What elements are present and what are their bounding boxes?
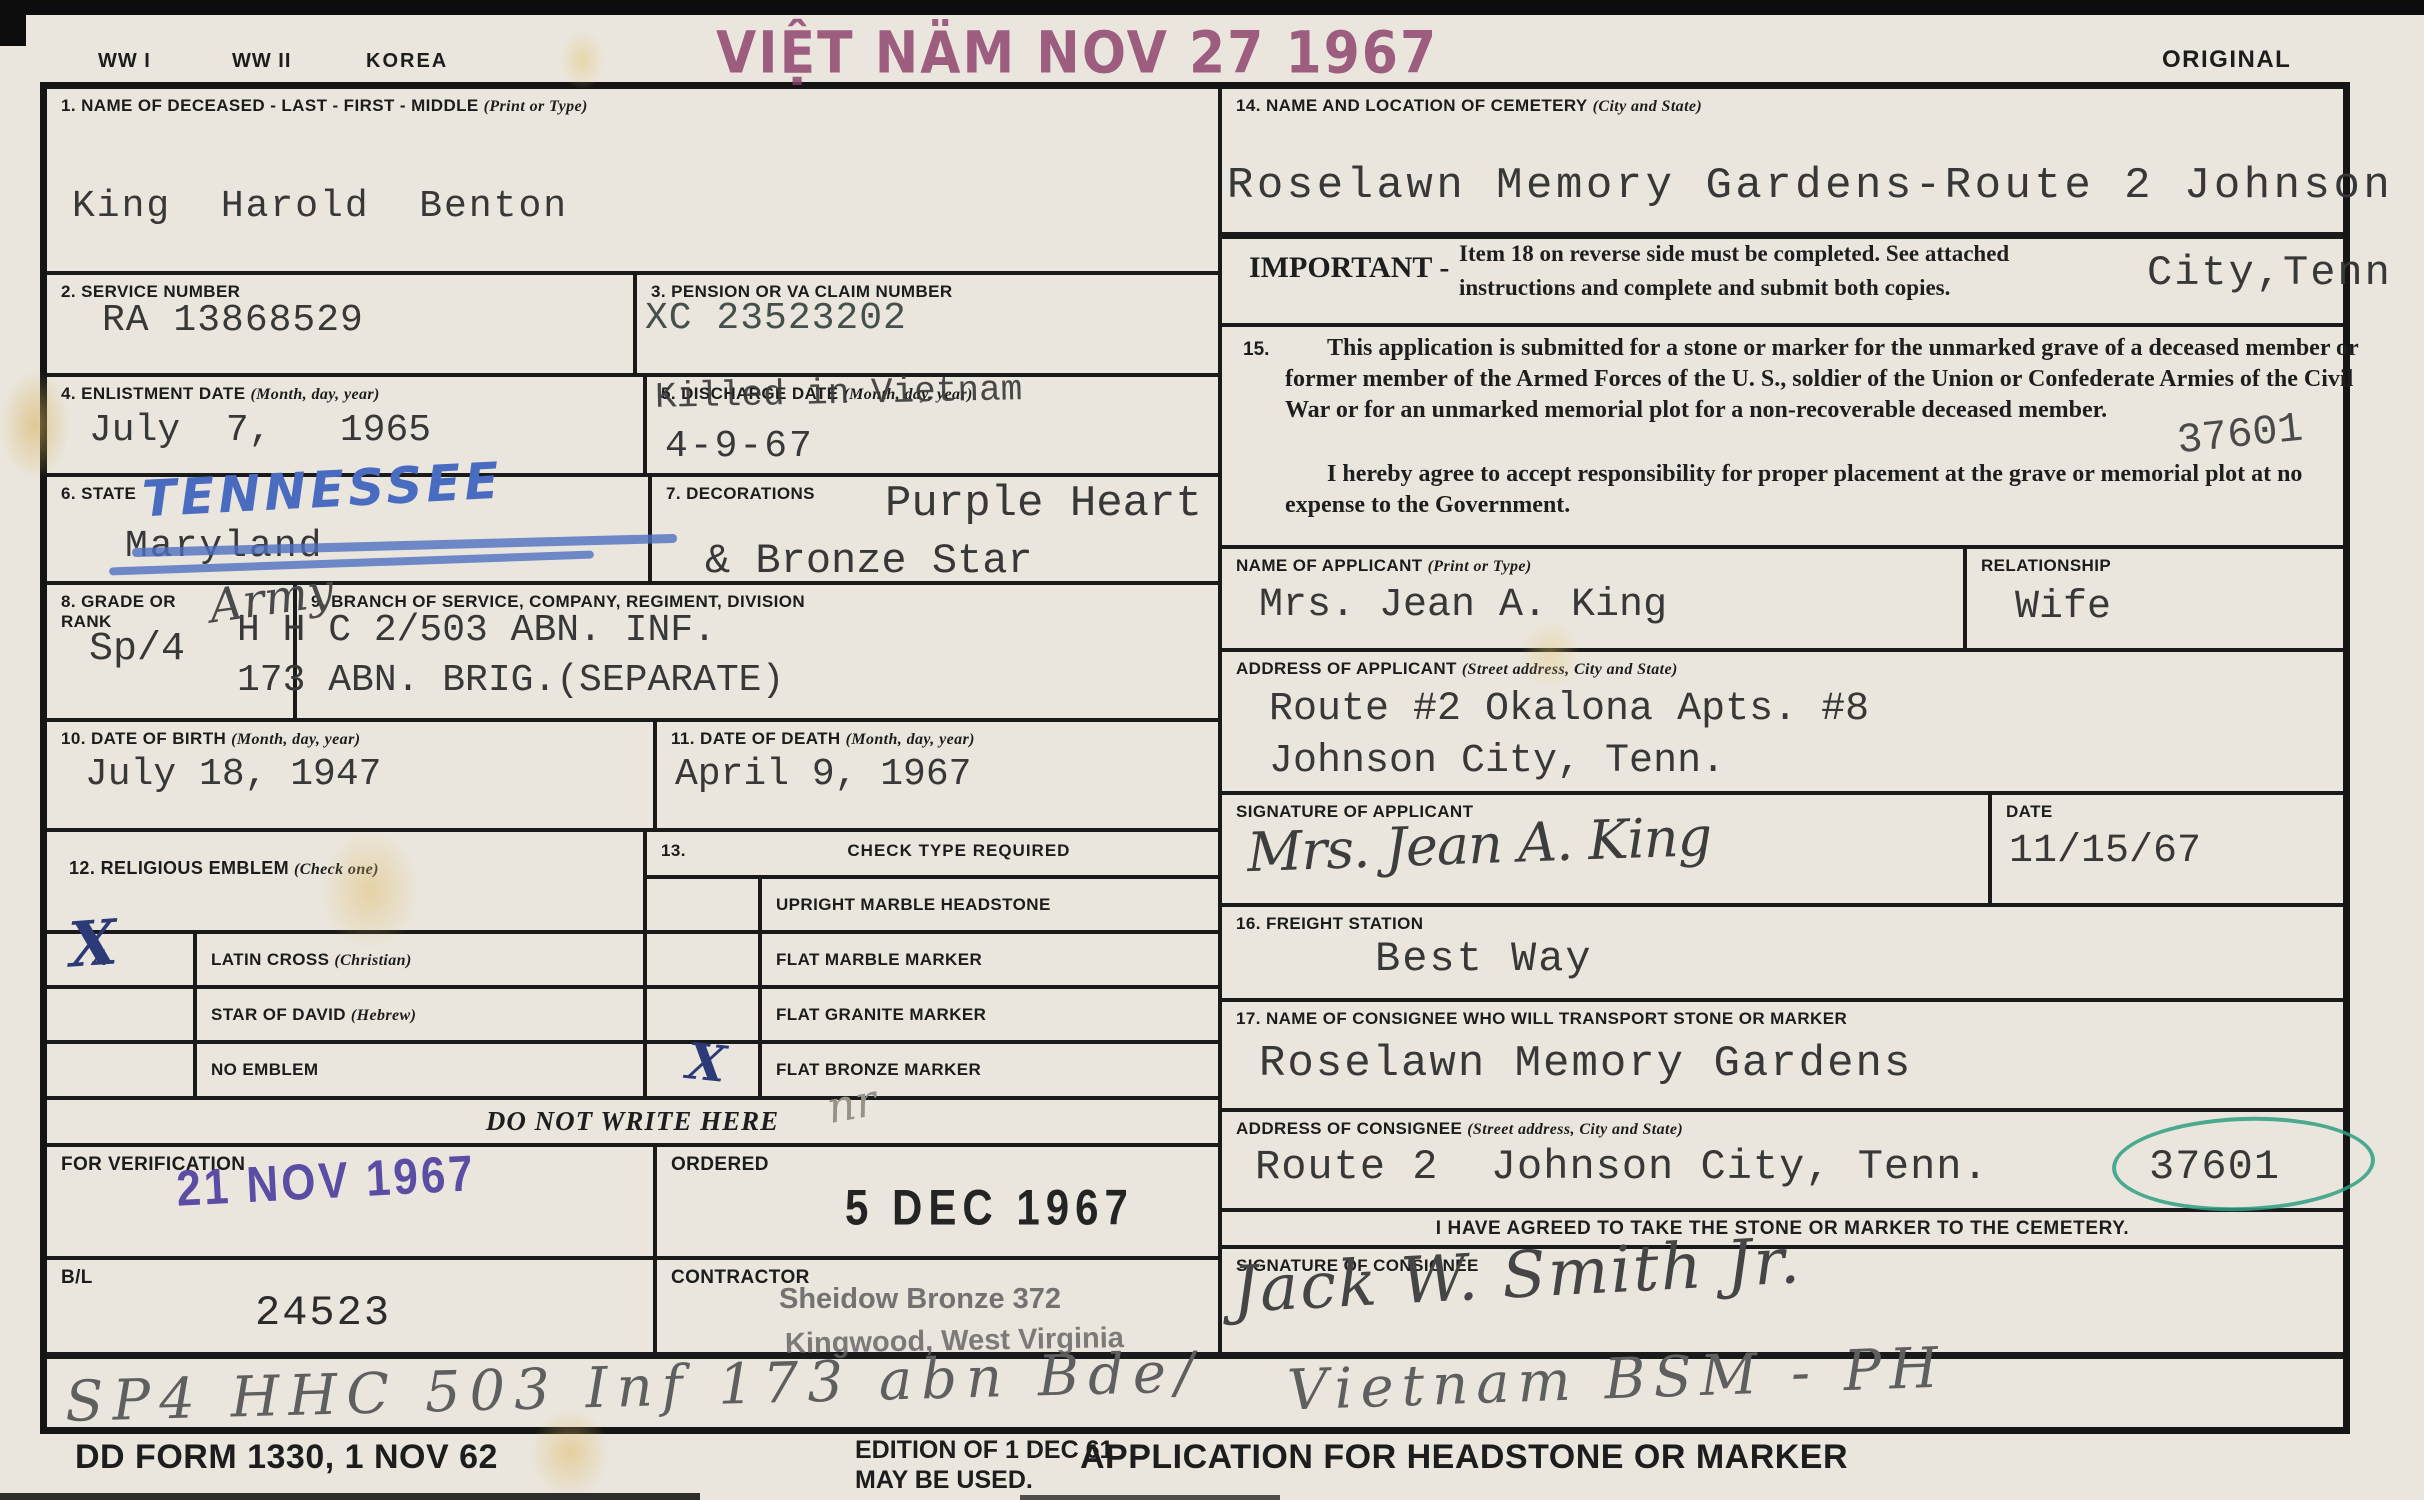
field-date-of-death-label: 11. DATE OF DEATH(Month, day, year)	[657, 722, 1218, 749]
scan-edge-top	[0, 0, 2424, 15]
option-flat-granite-label: FLAT GRANITE MARKER	[762, 989, 1218, 1025]
paper-stain	[560, 30, 605, 90]
field-date-label: DATE	[1992, 795, 2343, 822]
field-applicant-name-label: NAME OF APPLICANT(Print or Type)	[1222, 549, 1963, 576]
field-consignee-name-label: 17. NAME OF CONSIGNEE WHO WILL TRANSPORT…	[1222, 1002, 2343, 1029]
field-date-of-birth-label: 10. DATE OF BIRTH(Month, day, year)	[47, 722, 653, 749]
option-flat-granite: FLAT GRANITE MARKER	[762, 989, 1222, 1044]
applicant-address-line2: Johnson City, Tenn.	[1269, 739, 1725, 784]
cemetery-value: Roselawn Memory Gardens-Route 2 Johnson	[1227, 161, 2393, 211]
form-body: 1. NAME OF DECEASED - LAST - FIRST - MID…	[40, 82, 2350, 1434]
scan-edge-bottom-mid	[1020, 1495, 1280, 1500]
field-check-type-header: 13. CHECK TYPE REQUIRED	[647, 832, 1222, 879]
applicant-name-value: Mrs. Jean A. King	[1259, 583, 1667, 628]
field-name-of-deceased: 1. NAME OF DECEASED - LAST - FIRST - MID…	[47, 89, 1222, 275]
field-freight-station-label: 16. FREIGHT STATION	[1222, 907, 2343, 934]
pencil-scribble: nr	[823, 1075, 880, 1134]
option-star-of-david: STAR OF DAVID(Hebrew)	[197, 989, 647, 1044]
date-value: 11/15/67	[2009, 829, 2201, 874]
original-label: ORIGINAL	[2162, 46, 2291, 74]
statement-paragraph-2: I hereby agree to accept responsibility …	[1285, 459, 2360, 521]
enlistment-date-value: July 7, 1965	[89, 409, 431, 452]
option-no-emblem-label: NO EMBLEM	[197, 1044, 643, 1080]
deceased-name-value: King Harold Benton	[72, 185, 568, 228]
important-line1: Item 18 on reverse side must be complete…	[1459, 241, 2009, 267]
field-cemetery-label: 14. NAME AND LOCATION OF CEMETERY(City a…	[1222, 89, 2343, 116]
contractor-stamp-line2: Kingwood, West Virginia	[785, 1322, 1124, 1361]
option-star-of-david-label: STAR OF DAVID(Hebrew)	[197, 989, 643, 1025]
option-upright-marble: UPRIGHT MARBLE HEADSTONE	[762, 879, 1222, 934]
era-label-ww1: WW I	[98, 50, 151, 73]
field-enlistment-date-label: 4. ENLISTMENT DATE(Month, day, year)	[47, 377, 643, 404]
freight-station-value: Best Way	[1375, 935, 1593, 983]
killed-in-vietnam-overlay: Killed in Vietnam	[655, 369, 1023, 418]
decorations-value-line1: Purple Heart	[885, 479, 1202, 529]
scan-edge-corner	[0, 0, 26, 46]
pension-claim-value: XC 23523202	[645, 297, 907, 340]
field-name-of-deceased-label: 1. NAME OF DECEASED - LAST - FIRST - MID…	[47, 89, 1218, 116]
checkbox-no-emblem	[47, 1044, 197, 1100]
important-label: IMPORTANT -	[1249, 251, 1449, 285]
applicant-address-line1: Route #2 Okalona Apts. #8	[1269, 687, 1869, 732]
field-check-type-number: 13.	[647, 832, 692, 875]
scanned-headstone-application-form: WW I WW II KOREA VIỆT NÄM NOV 27 1967 OR…	[0, 0, 2424, 1500]
date-of-birth-value: July 18, 1947	[85, 753, 381, 796]
field-bl-label: B/L	[47, 1260, 653, 1290]
field-grade-rank-label: 8. GRADE OR RANK	[47, 585, 197, 633]
edition-note-line2: MAY BE USED.	[855, 1466, 1033, 1495]
field-check-type-label: CHECK TYPE REQUIRED	[833, 832, 1076, 875]
checkbox-flat-marble	[647, 934, 762, 989]
checkbox-upright-marble	[647, 879, 762, 934]
option-flat-marble: FLAT MARBLE MARKER	[762, 934, 1222, 989]
decorations-value-line2: & Bronze Star	[705, 537, 1033, 585]
flat-bronze-pen-mark: X	[684, 1031, 729, 1094]
date-of-death-value: April 9, 1967	[675, 753, 971, 796]
checkbox-star-of-david	[47, 989, 197, 1044]
contractor-stamp-line1: Sheidow Bronze 372	[779, 1283, 1061, 1316]
discharge-date-value: 4-9-67	[665, 425, 814, 468]
option-flat-bronze-label: FLAT BRONZE MARKER	[762, 1044, 1218, 1080]
scan-edge-bottom-left	[0, 1493, 700, 1500]
statement-number: 15.	[1243, 339, 1269, 361]
consignee-address-value: Route 2 Johnson City, Tenn.	[1255, 1143, 1989, 1191]
option-no-emblem: NO EMBLEM	[197, 1044, 647, 1100]
option-latin-cross-label: LATIN CROSS(Christian)	[197, 934, 643, 970]
service-number-value: RA 13868529	[102, 299, 364, 342]
consignee-name-value: Roselawn Memory Gardens	[1259, 1039, 1912, 1089]
field-relationship-label: RELATIONSHIP	[1967, 549, 2343, 576]
cemetery-value-overflow: City,Tenn	[2147, 249, 2392, 297]
edition-note-line1: EDITION OF 1 DEC 61	[855, 1436, 1113, 1465]
grade-rank-value: Sp/4	[89, 627, 185, 672]
era-label-korea: KOREA	[366, 50, 448, 73]
relationship-value: Wife	[2015, 585, 2111, 630]
form-title: APPLICATION FOR HEADSTONE OR MARKER	[1080, 1438, 1848, 1477]
latin-cross-pen-mark: X	[67, 905, 120, 981]
option-upright-marble-label: UPRIGHT MARBLE HEADSTONE	[762, 879, 1218, 915]
era-label-ww2: WW II	[232, 50, 291, 73]
field-ordered-label: ORDERED	[657, 1147, 1218, 1177]
vietnam-date-stamp: VIỆT NÄM NOV 27 1967	[716, 20, 1438, 87]
option-latin-cross: LATIN CROSS(Christian)	[197, 934, 647, 989]
branch-value-line2: 173 ABN. BRIG.(SEPARATE)	[237, 659, 784, 702]
bl-value: 24523	[255, 1289, 391, 1337]
field-applicant-address-label: ADDRESS OF APPLICANT(Street address, Cit…	[1222, 652, 2343, 679]
form-number: DD FORM 1330, 1 NOV 62	[75, 1438, 498, 1477]
field-religious-emblem-header: 12. RELIGIOUS EMBLEM(Check one)	[47, 832, 647, 934]
option-flat-marble-label: FLAT MARBLE MARKER	[762, 934, 1218, 970]
field-religious-emblem-label: 12. RELIGIOUS EMBLEM(Check one)	[47, 832, 643, 880]
do-not-write-label: DO NOT WRITE HERE	[47, 1100, 1218, 1143]
important-line2: instructions and complete and submit bot…	[1459, 275, 1950, 301]
ordered-date-stamp: 5 DEC 1967	[845, 1179, 1134, 1237]
do-not-write-strip: DO NOT WRITE HERE	[47, 1100, 1222, 1147]
statement-paragraph-1: This application is submitted for a ston…	[1285, 333, 2360, 426]
